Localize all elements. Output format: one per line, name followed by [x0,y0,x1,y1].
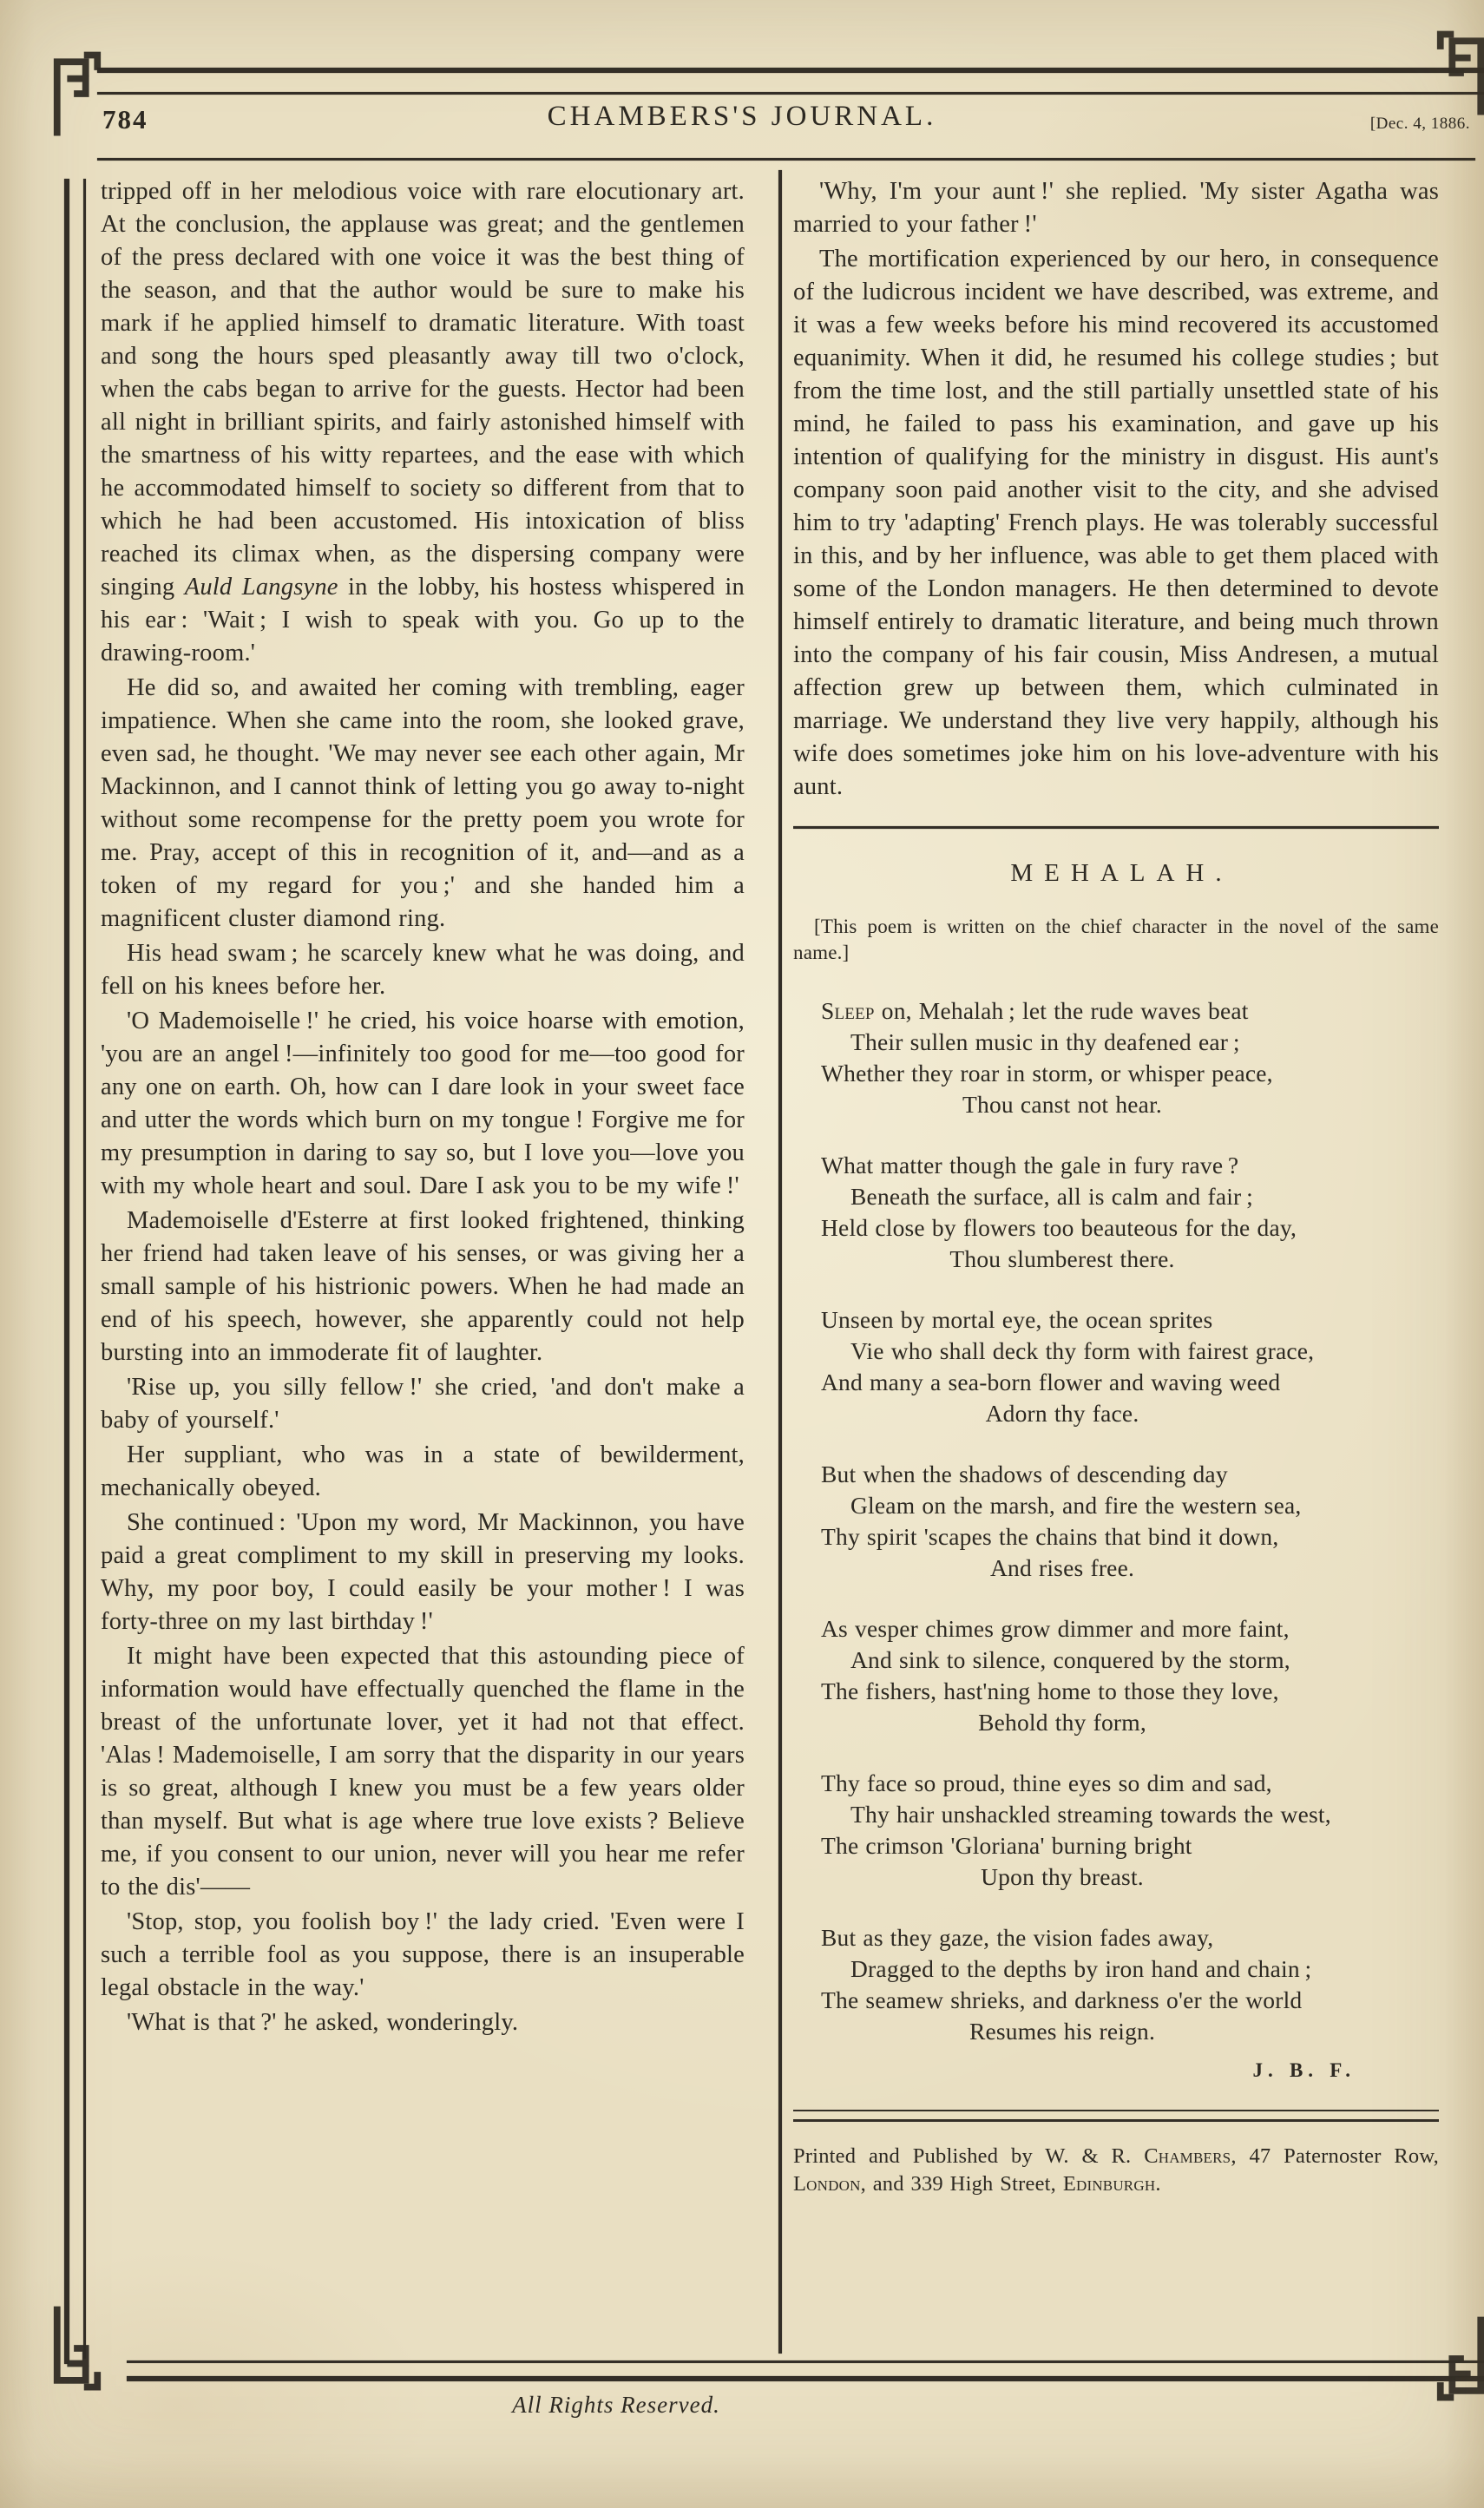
poem-line: As vesper chimes grow dimmer and more fa… [793,1613,1439,1645]
poem-line: Thy face so proud, thine eyes so dim and… [793,1768,1439,1799]
poem-line: Vie who shall deck thy form with fairest… [793,1336,1439,1367]
poem-stanza: Sleep on, Mehalah ; let the rude waves b… [793,995,1439,1120]
poem-line: And many a sea-born flower and waving we… [793,1367,1439,1398]
story-paragraph: His head swam ; he scarcely knew what he… [101,937,745,1003]
poem-line: The fishers, hast'ning home to those the… [793,1676,1439,1707]
poem-line: Thou slumberest there. [793,1244,1331,1275]
poem-line: Thy hair unshackled streaming towards th… [793,1799,1439,1830]
poem-stanza: As vesper chimes grow dimmer and more fa… [793,1613,1439,1738]
story-paragraph: The mortification experienced by our her… [793,243,1439,804]
column-right: 'Why, I'm your aunt !' she replied. 'My … [793,175,1439,2355]
border-rule-top-outer [97,68,1484,73]
poem-line: But when the shadows of descending day [793,1459,1439,1490]
poem-line: And rises free. [793,1553,1331,1584]
poem-line: Behold thy form, [793,1707,1331,1738]
poem-stanza: But as they gaze, the vision fades away,… [793,1922,1439,2047]
story-paragraph: 'Why, I'm your aunt !' she replied. 'My … [793,175,1439,241]
header-rule [97,158,1475,161]
story-paragraph: 'What is that ?' he asked, wonderingly. [101,2006,745,2039]
journal-title: CHAMBERS'S JOURNAL. [0,101,1484,133]
poem-line: Beneath the surface, all is calm and fai… [793,1181,1439,1212]
poem-line: The seamew shrieks, and darkness o'er th… [793,1985,1439,2016]
border-rule-left-inner [83,179,86,2359]
border-rule-bottom-inner [127,2360,1484,2363]
poem-line: Thou canst not hear. [793,1089,1331,1120]
border-rule-bottom-outer [127,2376,1484,2381]
story-paragraph: He did so, and awaited her coming with t… [101,672,745,936]
story-text: tripped off in her melodious voice with … [101,178,745,601]
poem-title: MEHALAH. [793,857,1439,890]
poem-line: Unseen by mortal eye, the ocean sprites [793,1304,1439,1336]
border-rule-top-inner [97,92,1484,95]
story-paragraph: 'O Mademoiselle !' he cried, his voice h… [101,1005,745,1203]
story-paragraph: tripped off in her melodious voice with … [101,175,745,670]
poem-stanza: Thy face so proud, thine eyes so dim and… [793,1768,1439,1893]
poem-line: Sleep on, Mehalah ; let the rude waves b… [793,995,1439,1027]
story-paragraph: Mademoiselle d'Esterre at first looked f… [101,1205,745,1369]
journal-page: 784 CHAMBERS'S JOURNAL. [Dec. 4, 1886. t… [0,0,1484,2508]
corner-ornament-icon [50,2305,104,2392]
story-paragraph: It might have been expected that this as… [101,1640,745,1904]
poem-line: Resumes his reign. [793,2016,1331,2047]
column-left: tripped off in her melodious voice with … [101,175,745,2345]
song-title-italic: Auld Langsyne [185,574,338,601]
story-paragraph: 'Stop, stop, you foolish boy !' the lady… [101,1906,745,2005]
poem-line: Held close by flowers too beauteous for … [793,1212,1439,1244]
column-divider-rule [778,170,782,2354]
poem-line: Adorn thy face. [793,1398,1331,1429]
poem-line: Dragged to the depths by iron hand and c… [793,1953,1439,1985]
poem-stanza: But when the shadows of descending day G… [793,1459,1439,1584]
poem-stanza: What matter though the gale in fury rave… [793,1150,1439,1275]
story-paragraph: Her suppliant, who was in a state of bew… [101,1439,745,1505]
section-divider-rule [793,826,1439,829]
poem-line: Thy spirit 'scapes the chains that bind … [793,1521,1439,1553]
poem-signature: J. B. F. [793,2054,1356,2087]
issue-date: [Dec. 4, 1886. [1370,115,1470,134]
poem-line: Upon thy breast. [793,1861,1331,1893]
poem-stanza: Unseen by mortal eye, the ocean sprites … [793,1304,1439,1429]
border-rule-left-outer [64,179,69,2364]
rights-notice: All Rights Reserved. [0,2392,1232,2419]
poem-line: Whether they roar in storm, or whisper p… [793,1058,1439,1089]
poem-line: But as they gaze, the vision fades away, [793,1922,1439,1953]
story-paragraph: She continued : 'Upon my word, Mr Mackin… [101,1507,745,1638]
poem-line: The crimson 'Gloriana' burning bright [793,1830,1439,1861]
poem-note: [This poem is written on the chief chara… [793,914,1439,966]
poem-line: And sink to silence, conquered by the st… [793,1645,1439,1676]
poem-line: Gleam on the marsh, and fire the western… [793,1490,1439,1521]
imprint: Printed and Published by W. & R. Chamber… [793,2143,1439,2198]
story-paragraph: 'Rise up, you silly fellow !' she cried,… [101,1371,745,1437]
poem-line: Their sullen music in thy deafened ear ; [793,1027,1439,1058]
imprint-divider-rule [793,2110,1439,2122]
poem-line: What matter though the gale in fury rave… [793,1150,1439,1181]
corner-ornament-icon [1434,2315,1484,2402]
